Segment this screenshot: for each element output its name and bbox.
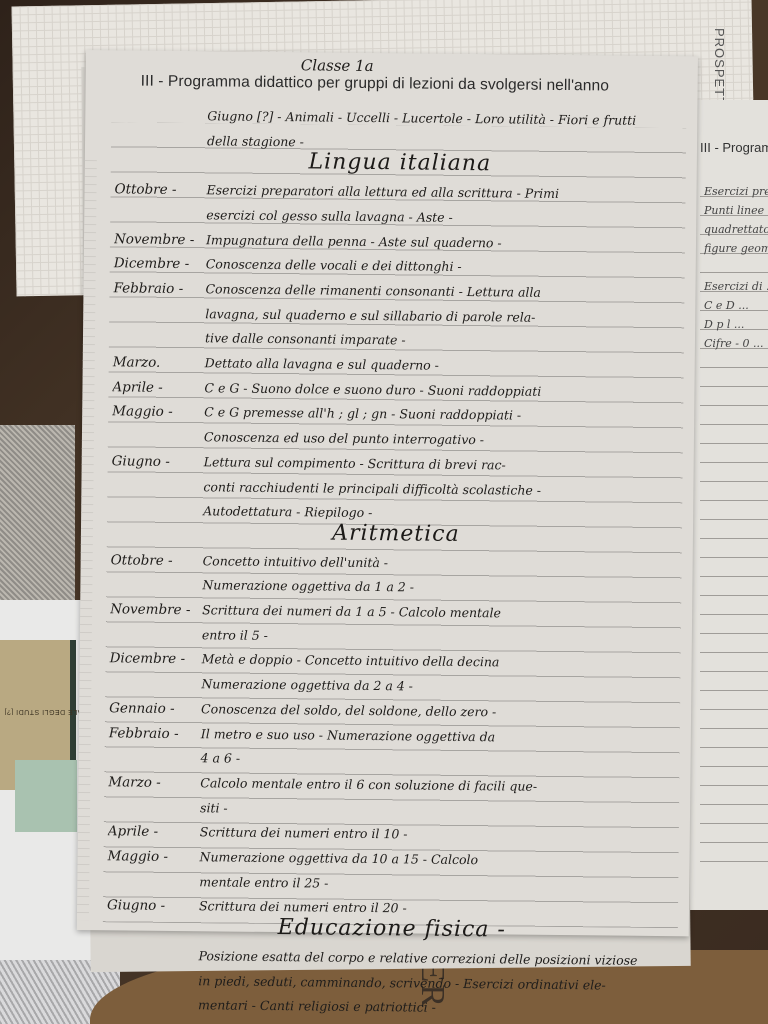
month-label: Maggio - [112,401,204,424]
line-text: Metà e doppio - Concetto intuitivo della… [202,652,500,670]
line-text: C e G - Suono dolce e suono duro - Suoni… [204,380,541,399]
line-text: mentari - Canti religiosi e patriottici … [198,997,436,1014]
month-label: Febbraio - [109,722,201,745]
month-label: Ottobre - [114,178,206,201]
line-text: siti - [200,800,228,815]
month-label: Maggio - [107,845,199,868]
line-text: Il metro e suo uso - Numerazione oggetti… [201,726,495,744]
month-label [115,119,207,120]
line-text: esercizi col gesso sulla lavagna - Aste … [206,207,453,225]
class-note: Classe 1a [301,56,374,75]
right-page-line: Esercizi di ... [704,277,768,296]
line-text: Posizione esatta del corpo e relative co… [198,948,637,968]
line-text: Conoscenza delle rimanenti consonanti - … [205,281,541,300]
line-text: Scrittura dei numeri da 1 a 5 - Calcolo … [202,602,501,620]
line-text: della stagione - [207,133,304,149]
line-text: Lettura sul compimento - Scrittura di br… [204,454,506,472]
line-text: C e G premesse all'h ; gl ; gn - Suoni r… [204,405,521,423]
line-text: entro il 5 - [202,627,268,643]
line-text: Conoscenza ed uso del punto interrogativ… [204,429,484,447]
line-text: Conoscenza del soldo, del soldone, dello… [201,701,496,719]
month-label: Aprile - [108,821,200,844]
line-text: Esercizi preparatori alla lettura ed all… [206,182,559,201]
line-text: tive dalle consonanti imparate - [205,331,406,348]
month-label: Dicembre - [114,252,206,275]
line-text: 4 a 6 - [201,750,241,765]
month-label [106,959,198,960]
line-text: Numerazione oggettiva da 2 a 4 - [201,676,413,693]
line-text: Concetto intuitivo dell'unità - [203,553,389,570]
line-text: Impugnatura della penna - Aste sul quade… [206,232,502,250]
month-label: Marzo. [113,351,205,374]
engraving-print [0,425,75,615]
line-text: mentale entro il 25 - [199,874,328,890]
line-text: Numerazione oggettiva da 10 a 15 - Calco… [199,849,478,867]
right-page-line [704,258,768,277]
month-label: Ottobre - [111,549,203,572]
line-text: Calcolo mentale entro il 6 con soluzione… [200,775,537,794]
month-label: Novembre - [114,228,206,251]
line-text: Giugno [?] - Animali - Uccelli - Lucerto… [207,108,636,127]
line-text: in piedi, seduti, camminando, scrivendo … [198,973,606,992]
month-label: Gennaio - [109,697,201,720]
month-label: Febbraio - [113,277,205,300]
line-text: Autodettatura - Riepilogo - [203,503,372,520]
line-text: lavagna, sul quaderno e sul sillabario d… [205,306,535,324]
page-title: III - Programma didattico per gruppi di … [141,73,609,96]
month-label: Marzo - [108,771,200,794]
month-label: Dicembre - [110,648,202,671]
line-text: Scrittura dei numeri entro il 20 - [199,899,407,916]
green-card [15,760,77,832]
line-text: Numerazione oggettiva da 1 a 2 - [202,578,414,595]
month-label: Giugno - [112,450,204,473]
month-label: Novembre - [110,598,202,621]
line-text: conti racchiudenti le principali diffico… [203,479,541,498]
line-text: Dettato alla lavagna e sul quaderno - [205,355,439,372]
line-text: Conoscenza delle vocali e dei dittonghi … [206,256,462,274]
month-label: Aprile - [112,376,204,399]
right-page-line: Esercizi preparatori [704,182,768,201]
right-page-line: figure geometriche [704,239,768,258]
notebook-page: Classe 1a III - Programma didattico per … [77,50,698,936]
line-text: Scrittura dei numeri entro il 10 - [200,825,408,842]
